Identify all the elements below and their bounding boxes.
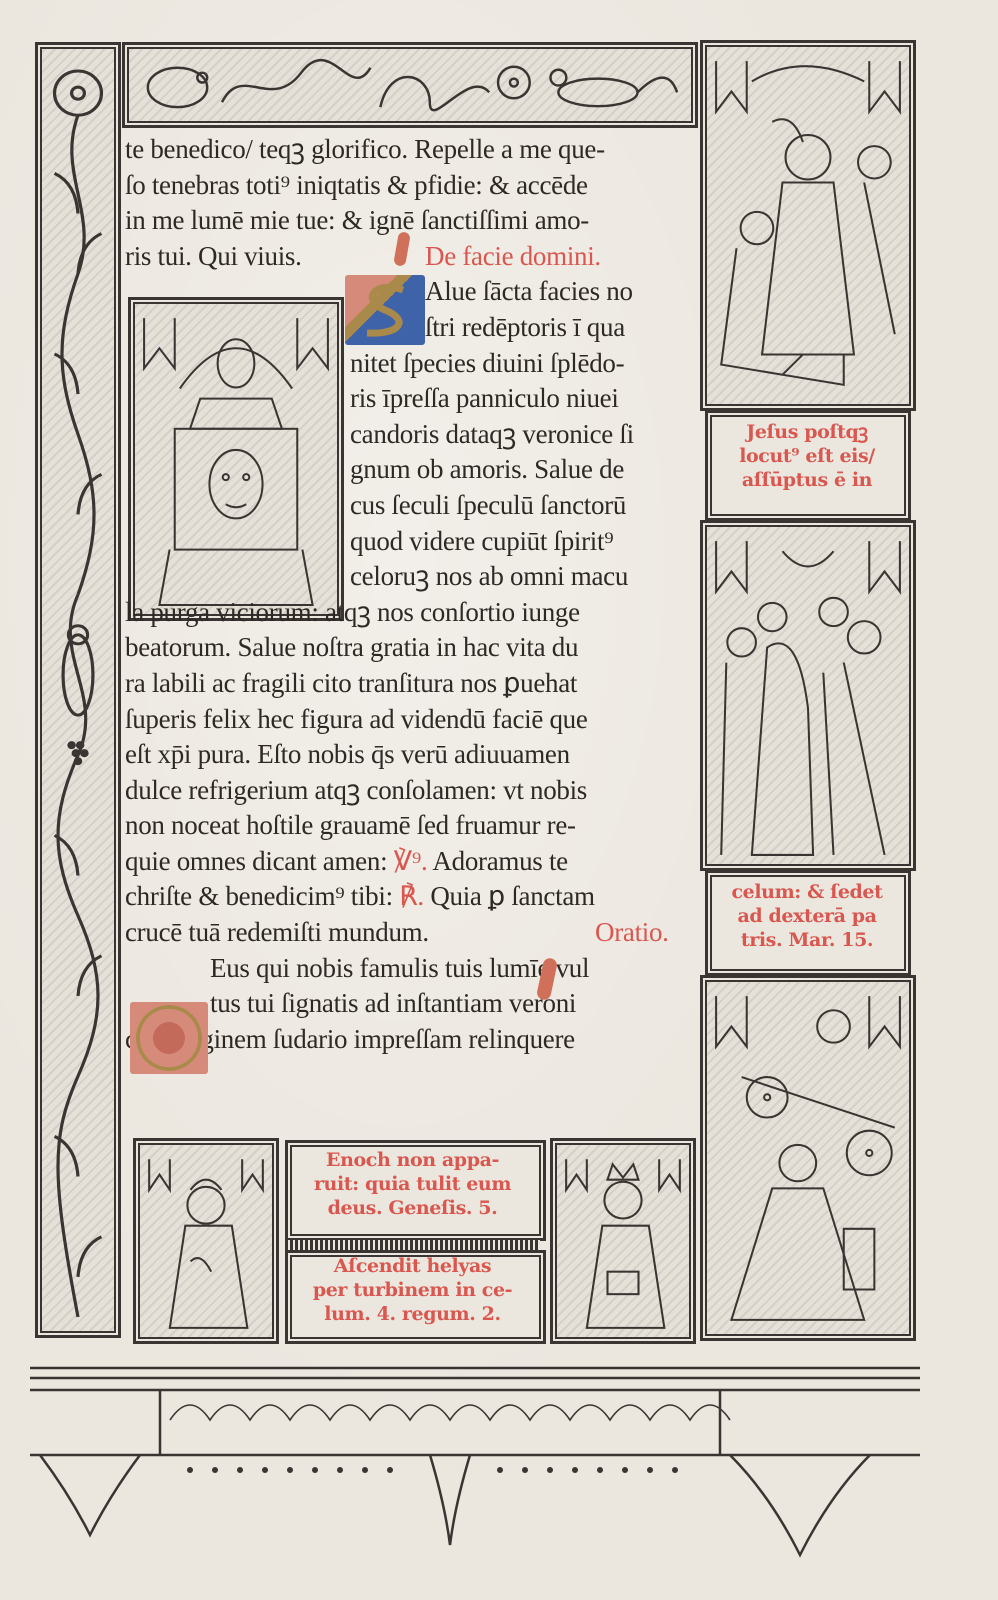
top-border-woodcut (122, 42, 698, 128)
apostles-woodcut (700, 520, 916, 871)
gothic-canopy-icon (30, 1360, 920, 1560)
text-line: dulce refrigerium atqꝫ conſolamen: vt no… (125, 773, 705, 809)
floral-column-icon (46, 53, 110, 1327)
text-line-end: ris tui. Qui viuis. (125, 241, 302, 271)
caption-line: Jeſus poſtqꝫ (712, 420, 902, 444)
left-border-woodcut (35, 42, 121, 1338)
ascension-figures-icon (711, 51, 905, 400)
text-line: tus tui ſignatis ad inſtantiam veroni (125, 986, 705, 1022)
caption-line: lum. 4. regum. 2. (290, 1302, 535, 1326)
text-segment: Quia ꝑ ſanctam (424, 881, 595, 911)
text-line: crucē tuā redemiſti mundum. Oratio. (125, 915, 705, 951)
illuminated-initial-s (345, 275, 425, 345)
beasts-foliage-icon (133, 53, 687, 117)
text-line: te benedico/ teqꝫ glorifico. Repelle a m… (125, 132, 705, 168)
elijah-chariot-woodcut (700, 975, 916, 1341)
text-line: ce ymaginem ſudario impreſſam relinquere (125, 1022, 705, 1058)
main-text-block: te benedico/ teqꝫ glorifico. Repelle a m… (125, 132, 705, 1057)
text-line: in me lumē mie tue: & ignē ſanctiſſimi a… (125, 203, 705, 239)
text-line: ſo tenebras toti⁹ iniqtatis & pfidie: & … (125, 168, 705, 204)
prophet-figure-icon (144, 1149, 268, 1333)
text-line: candoris dataqꝫ veronice ſi (125, 417, 705, 453)
text-line: ra labili ac fragili cito tranſitura nos… (125, 666, 705, 702)
text-line: ris īpreſſa panniculo niuei (125, 381, 705, 417)
illuminated-initial-d (130, 1002, 208, 1074)
rubric-heading-oratio: Oratio. (595, 915, 669, 951)
caption-line: ruit: quia tulit eum (290, 1172, 535, 1196)
apostles-gazing-icon (711, 531, 905, 860)
text-line: ſuperis felix hec figura ad videndū faci… (125, 702, 705, 738)
crowned-king-icon (561, 1149, 685, 1333)
enoch-woodcut (133, 1138, 279, 1344)
text-segment: crucē tuā redemiſti mundum. (125, 917, 429, 947)
caption-line: tris. Mar. 15. (712, 928, 902, 952)
text-line: non noceat hoſtile grauamē ſed fruamur r… (125, 808, 705, 844)
text-line: cus ſeculi ſpeculū ſanctorū (125, 488, 705, 524)
caption-line: locut⁹ eſt eis/ (712, 444, 902, 468)
text-line: eſt xp̄i pura. Eſto nobis q̄s verū adiuu… (125, 737, 705, 773)
caption-line: ad dexterā pa (712, 904, 902, 928)
letter-s-icon (345, 275, 425, 345)
text-line: quod videre cupiūt ſpirit⁹ (125, 524, 705, 560)
response-symbol: ℟. (399, 881, 424, 911)
versicle-symbol: ℣⁹. (394, 846, 428, 876)
rubric-heading-de-facie: De facie domini. (425, 239, 601, 275)
text-segment: Adoramus te (427, 846, 567, 876)
book-page: Jeſus poſtqꝫ locut⁹ eſt eis/ aſſūptus ē … (0, 0, 998, 1600)
king-woodcut (550, 1138, 696, 1344)
text-line: Eus qui nobis famulis tuis lumīe vul (125, 951, 705, 987)
caption-line: deus. Geneſis. 5. (290, 1196, 535, 1220)
caption-line: Aſcendit helyas (290, 1254, 535, 1278)
caption-line: celum: & ſedet (712, 880, 902, 904)
text-line: nitet ſpecies diuini ſplēdo- (125, 346, 705, 382)
response-line: chriſte & benedicim⁹ tibi: ℟. Quia ꝑ ſan… (125, 879, 705, 915)
caption-session: celum: & ſedet ad dexterā pa tris. Mar. … (712, 880, 902, 952)
text-line: beatorum. Salue noſtra gratia in hac vit… (125, 630, 705, 666)
caption-enoch: Enoch non appa- ruit: quia tulit eum deu… (290, 1148, 535, 1220)
caption-line: per turbinem in ce- (290, 1278, 535, 1302)
text-line: la purga viciorum: atqꝫ nos conſortio iu… (125, 595, 705, 631)
bottom-border-canopy (30, 1360, 920, 1560)
caption-line: aſſūptus ē in (712, 468, 902, 492)
text-line: gnum ob amoris. Salue de (125, 452, 705, 488)
text-line: celoruꝫ nos ab omni macu (125, 559, 705, 595)
text-segment: chriſte & benedicim⁹ tibi: (125, 881, 399, 911)
fiery-chariot-icon (711, 986, 905, 1330)
text-segment: quie omnes dicant amen: (125, 846, 394, 876)
caption-ascension: Jeſus poſtqꝫ locut⁹ eſt eis/ aſſūptus ē … (712, 420, 902, 492)
caption-elijah: Aſcendit helyas per turbinem in ce- lum.… (290, 1254, 535, 1326)
versicle-line: quie omnes dicant amen: ℣⁹. Adoramus te (125, 844, 705, 880)
text-line: ris tui. Qui viuis. De facie domini. (125, 239, 705, 275)
caption-line: Enoch non appa- (290, 1148, 535, 1172)
ascension-woodcut (700, 40, 916, 411)
